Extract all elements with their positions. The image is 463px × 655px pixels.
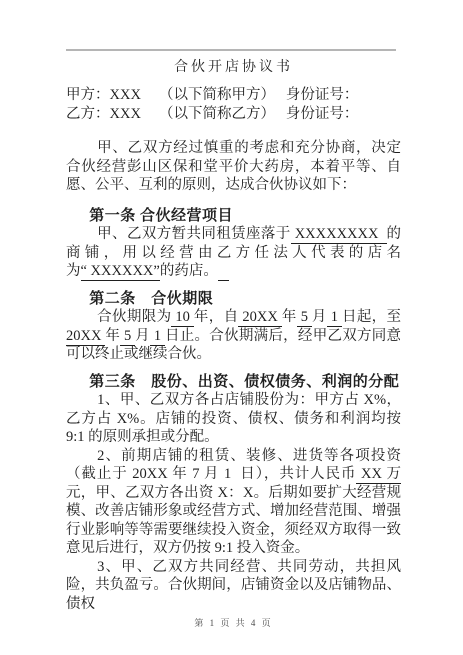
fill-in-blank: 20XX [66, 328, 105, 346]
text-run: 年，自 [194, 309, 239, 325]
fill-in-blank: 10 [171, 309, 193, 327]
text-run: 年 [282, 309, 297, 325]
text-run: 2、前期店铺的租赁、装修、进货等各项投资（截止于 20XX 年 7 月 1 日）… [66, 448, 401, 483]
section-one-paragraph: 甲、乙双方暂共同租赁座落于 XXXXXXXX 的商铺，用以经营由乙方任法人代表的… [66, 225, 401, 281]
section-two-heading: 第二条 合伙期限 [89, 290, 401, 309]
party-a-line: 甲方：XXX （以下简称甲方） 身份证号： [66, 86, 401, 105]
section-three-paragraph-1: 1、甲、乙双方各占店铺股份为：甲方占 X%，乙方占 X%。店铺的投资、债权、债务… [66, 391, 401, 447]
text-run: 3、甲、乙双方共同经营、共同劳动，共担风险，共负盈亏。合伙期间，店铺资金以及店铺… [66, 559, 401, 612]
text-run: 月 [135, 328, 150, 344]
header-rule [66, 49, 396, 51]
document-page: 合伙开店协议书 甲方：XXX （以下简称甲方） 身份证号： 乙方：XXX （以下… [0, 0, 463, 655]
text-run: 月 [312, 309, 327, 325]
text-run: 甲、乙双方暂共同租赁座落于 [97, 226, 291, 242]
fill-in-blank: “ XXXXXX” [81, 263, 160, 281]
fill-in-blank [218, 263, 229, 281]
text-run: 的药店。 [160, 263, 218, 279]
fill-in-blank: XX 万 [356, 466, 401, 484]
text-run: 元，甲、乙双方各出资 X：X。后期如要扩大经营规模、改善店铺形象或经营方式、增加… [66, 485, 401, 557]
page-footer: 第 1 页 共 4 页 [66, 617, 401, 629]
text-run: 日起，至 [342, 309, 401, 325]
section-three-heading: 第三条 股份、出资、债权债务、利润的分配 [89, 373, 401, 392]
section-two-paragraph: 合伙期限为 10 年，自 20XX 年 5 月 1 日起，至20XX 年 5 月… [66, 308, 401, 364]
fill-in-blank: 20XX [238, 309, 281, 327]
fill-in-blank: 5 [120, 328, 135, 346]
fill-in-blank: XXXXXXXX [291, 226, 387, 244]
section-three-paragraph-3: 3、甲、乙双方共同经营、共同劳动，共担风险，共负盈亏。合伙期间，店铺资金以及店铺… [66, 558, 401, 614]
fill-in-blank: 5 [297, 309, 312, 327]
fill-in-blank: 1 [327, 309, 342, 327]
fill-in-blank: 1 [150, 328, 165, 346]
party-b-line: 乙方：XXX （以下简称乙方） 身份证号： [66, 105, 401, 124]
intro-paragraph: 甲、乙双方经过慎重的考虑和充分协商，决定合伙经营彭山区保和堂平价大药房，本着平等… [66, 139, 401, 195]
text-run: 年 [105, 328, 120, 344]
section-three-paragraph-2: 2、前期店铺的租赁、装修、进货等各项投资（截止于 20XX 年 7 月 1 日）… [66, 447, 401, 558]
text-run: 合伙期限为 [97, 309, 171, 325]
text-run: 1、甲、乙双方各占店铺股份为：甲方占 X%，乙方占 X%。店铺的投资、债权、债务… [66, 392, 401, 445]
section-one-heading: 第一条 合伙经营项目 [89, 207, 401, 226]
document-title: 合伙开店协议书 [66, 58, 401, 78]
